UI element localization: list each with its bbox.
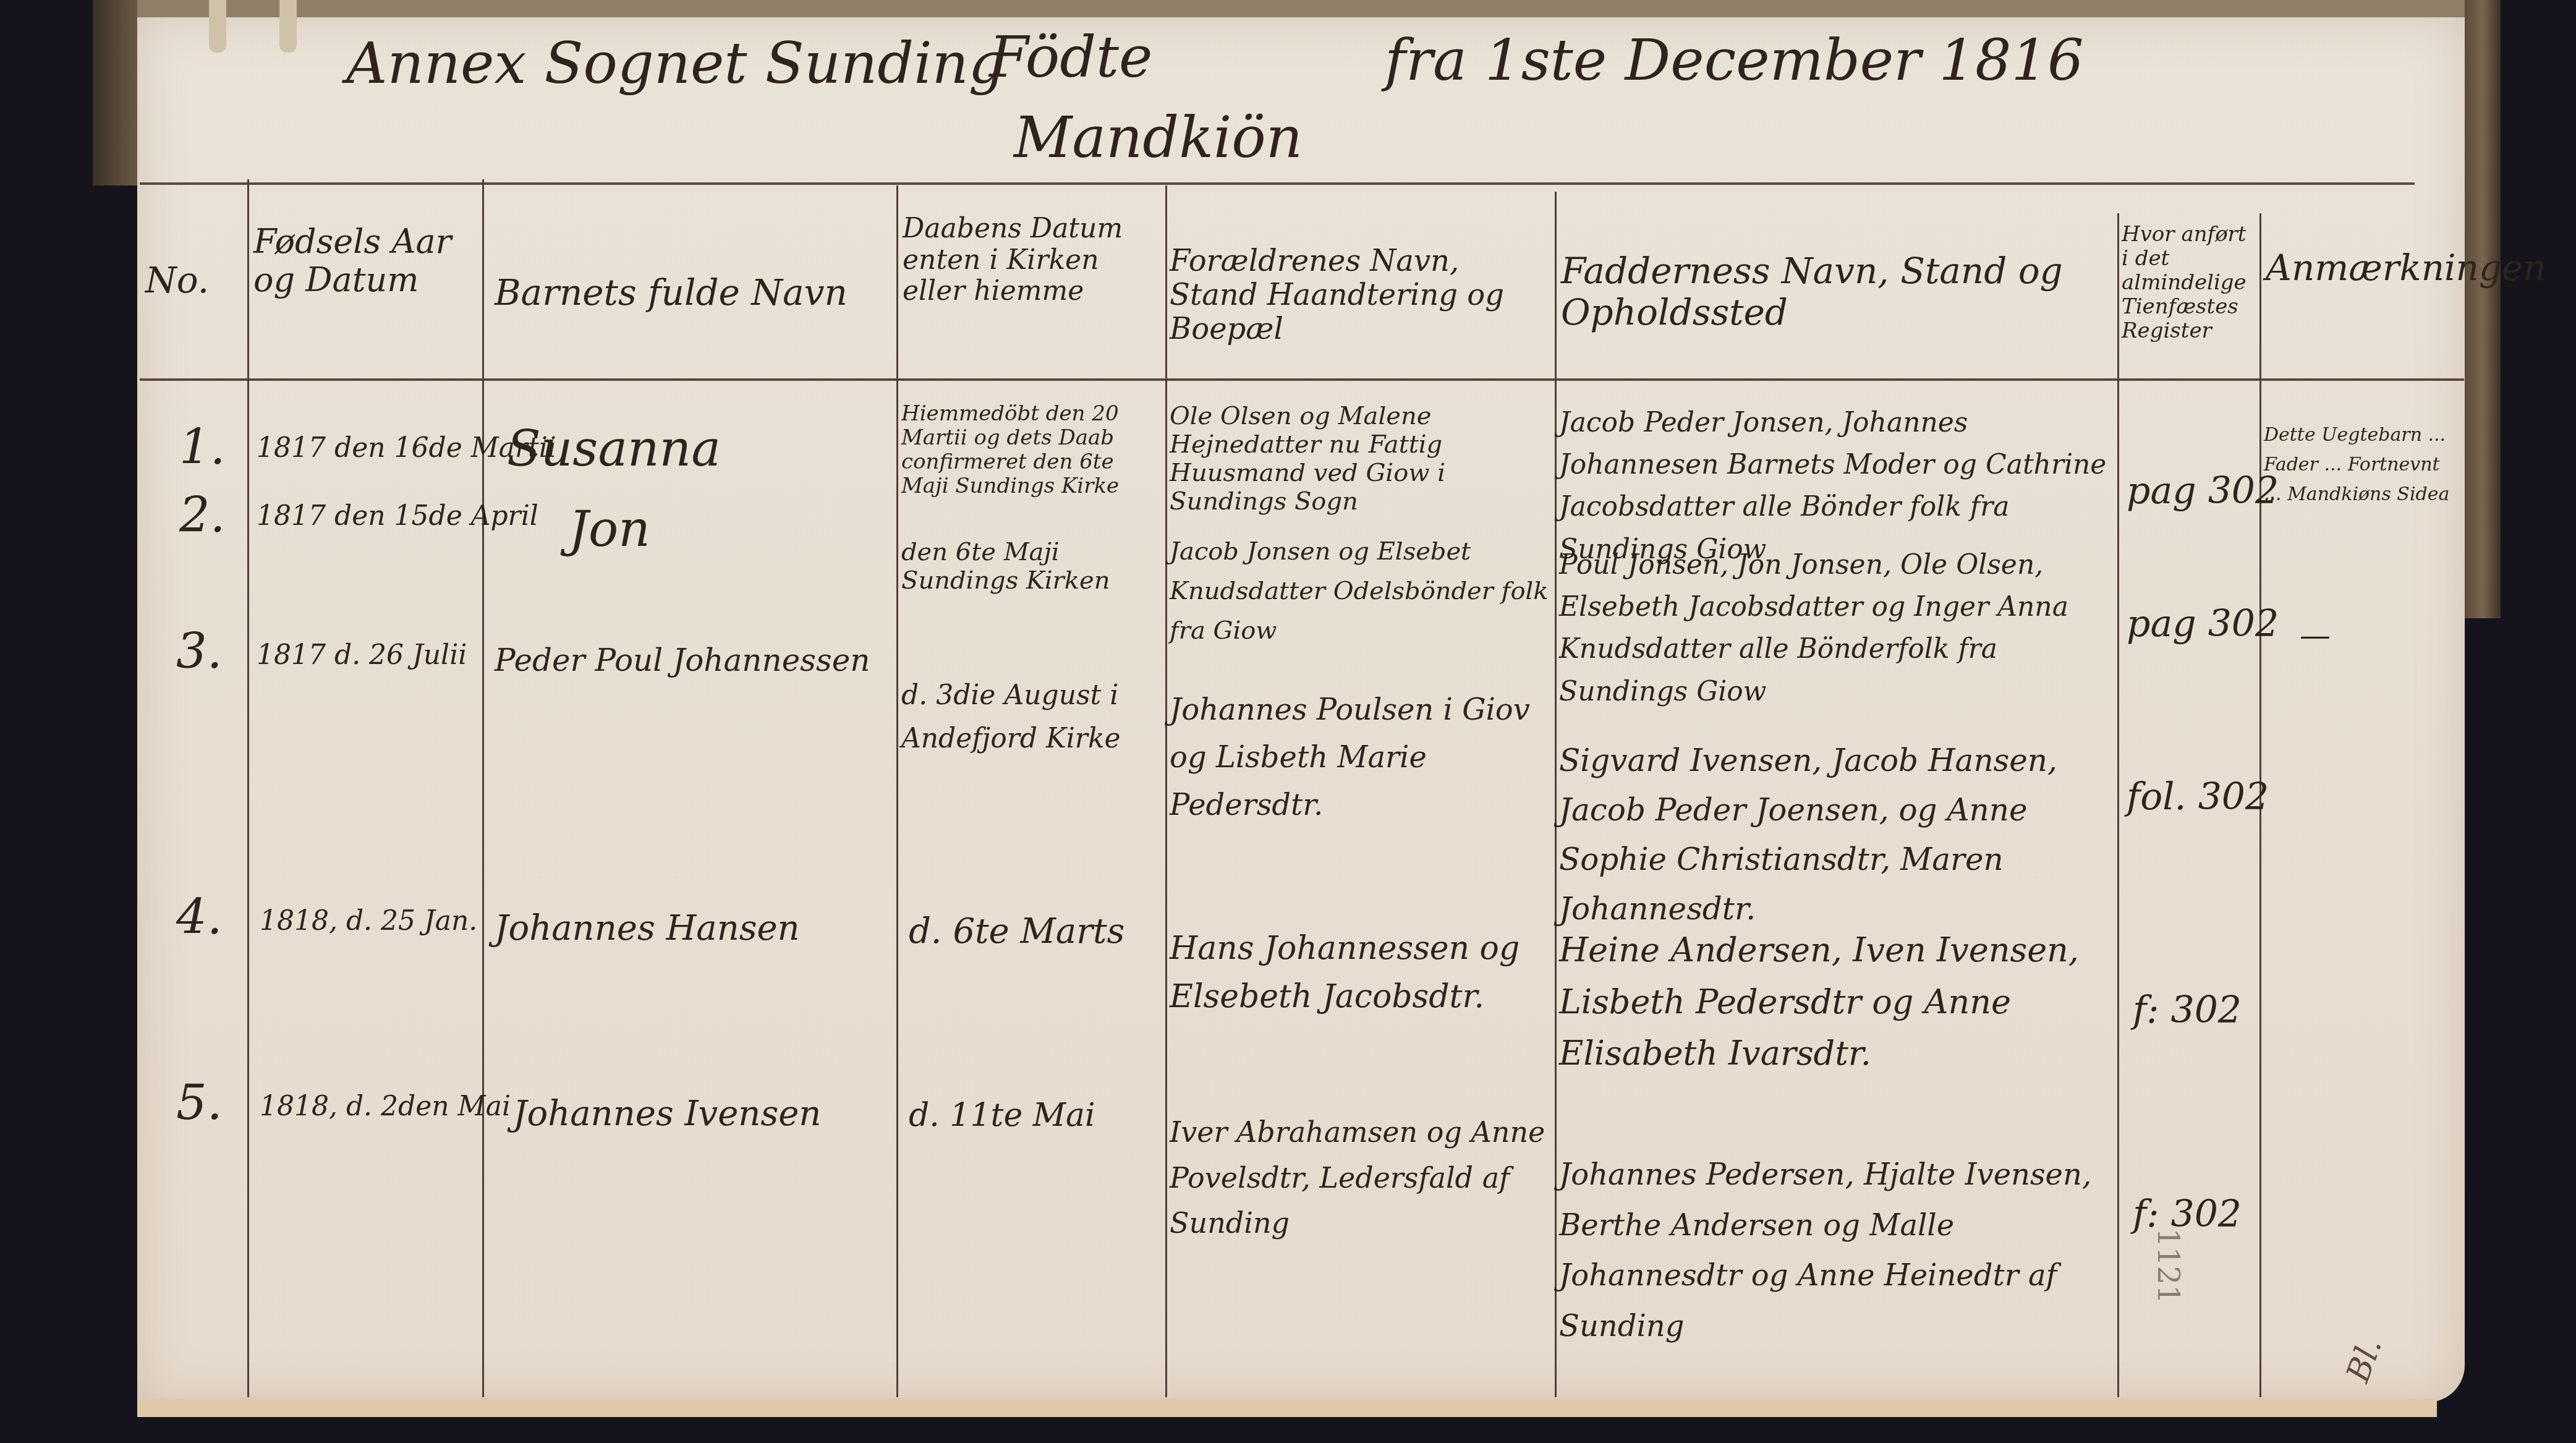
entry-4-baptism: d. 6te Marts xyxy=(909,912,1124,951)
entry-4-birth: 1818, d. 25 Jan. xyxy=(260,906,477,937)
entry-5-sponsors: Johannes Pedersen, Hjalte Ivensen, Berth… xyxy=(1559,1150,2112,1351)
header-birth: Fødsels Aar og Datum xyxy=(253,223,476,299)
binding-cord xyxy=(209,0,226,53)
column-divider xyxy=(1165,185,1167,1397)
entry-2-notes: — xyxy=(2300,618,2331,654)
title-parish: Annex Sognet Sunding xyxy=(346,31,1005,96)
entry-5-child: Johannes Ivensen xyxy=(513,1094,821,1134)
entry-2-parents: Jacob Jonsen og Elsebet Knudsdatter Odel… xyxy=(1170,532,1550,650)
entry-3-no: 3. xyxy=(176,624,222,680)
entry-1-no: 1. xyxy=(179,420,225,476)
column-divider xyxy=(1555,192,1557,1397)
entry-3-child: Peder Poul Johannessen xyxy=(495,643,870,679)
column-divider xyxy=(247,179,249,1397)
entry-2-sponsors: Poul Jonsen, Jon Jonsen, Ole Olsen, Else… xyxy=(1559,544,2112,713)
entry-3-parents: Johannes Poulsen i Giov og Lisbeth Marie… xyxy=(1170,686,1550,828)
entry-4-parents: Hans Johannessen og Elsebeth Jacobsdtr. xyxy=(1170,924,1550,1021)
header-baptism: Daabens Datum enten i Kirken eller hiemm… xyxy=(903,213,1162,307)
entry-5-register-ref: f: 302 xyxy=(2133,1193,2242,1236)
entry-2-birth: 1817 den 15de April xyxy=(257,501,538,532)
torn-left-edge xyxy=(93,0,140,185)
header-parents: Forældrenes Navn, Stand Haandtering og B… xyxy=(1170,244,1553,347)
header-child-name: Barnets fulde Navn xyxy=(495,272,848,313)
entry-1-child: Susanna xyxy=(507,420,721,477)
title-born: Födte xyxy=(989,25,1153,90)
header-no: No. xyxy=(145,260,209,301)
page-bottom-edge xyxy=(137,1398,2437,1417)
entry-5-parents: Iver Abrahamsen og Anne Povelsdtr, Leder… xyxy=(1170,1110,1550,1246)
header-notes: Anmærkningen xyxy=(2266,247,2457,289)
entry-1-notes: Dette Uegtebarn ... Fader ... Fortnevnt … xyxy=(2264,420,2462,509)
column-divider xyxy=(896,185,898,1397)
entry-4-register-ref: f: 302 xyxy=(2133,989,2242,1032)
entry-1-baptism: Hiemmedöbt den 20 Martii og dets Daab co… xyxy=(901,402,1161,498)
entry-5-baptism: d. 11te Mai xyxy=(909,1097,1095,1134)
entry-5-no: 5. xyxy=(176,1076,222,1131)
entry-4-no: 4. xyxy=(176,890,222,946)
binding-cord xyxy=(279,0,297,53)
book-spine-edge xyxy=(2465,0,2501,618)
entry-3-sponsors: Sigvard Ivensen, Jacob Hansen, Jacob Ped… xyxy=(1559,736,2112,934)
entry-1-parents: Ole Olsen og Malene Hejnedatter nu Fatti… xyxy=(1170,402,1550,516)
entry-4-child: Johannes Hansen xyxy=(495,909,800,948)
entry-3-birth: 1817 d. 26 Julii xyxy=(257,640,467,671)
header-bottom-rule xyxy=(140,378,2464,381)
header-register: Hvor anført i det almindelige Tienfæstes… xyxy=(2122,223,2258,343)
pencil-page-number: 1121 xyxy=(2150,1228,2184,1304)
column-divider xyxy=(2117,213,2119,1397)
entry-2-baptism: den 6te Maji Sundings Kirken xyxy=(901,538,1161,595)
entry-2-register-ref: pag 302 xyxy=(2127,603,2279,645)
header-top-rule xyxy=(140,182,2415,185)
title-male: Mandkiön xyxy=(1014,105,1303,171)
title-date-range: fra 1ste December 1816 xyxy=(1385,28,2084,93)
entry-4-sponsors: Heine Andersen, Iven Ivensen, Lisbeth Pe… xyxy=(1559,924,2112,1079)
entry-5-birth: 1818, d. 2den Mai xyxy=(260,1091,511,1123)
header-sponsors: Fadderness Navn, Stand og Opholdssted xyxy=(1561,250,2105,333)
entry-2-no: 2. xyxy=(179,488,225,544)
entry-3-register-ref: fol. 302 xyxy=(2127,776,2269,819)
column-divider xyxy=(482,179,484,1397)
entry-1-register-ref: pag 302 xyxy=(2127,470,2279,513)
entry-3-baptism: d. 3die August i Andefjord Kirke xyxy=(901,674,1161,761)
entry-2-child: Jon xyxy=(569,501,650,558)
